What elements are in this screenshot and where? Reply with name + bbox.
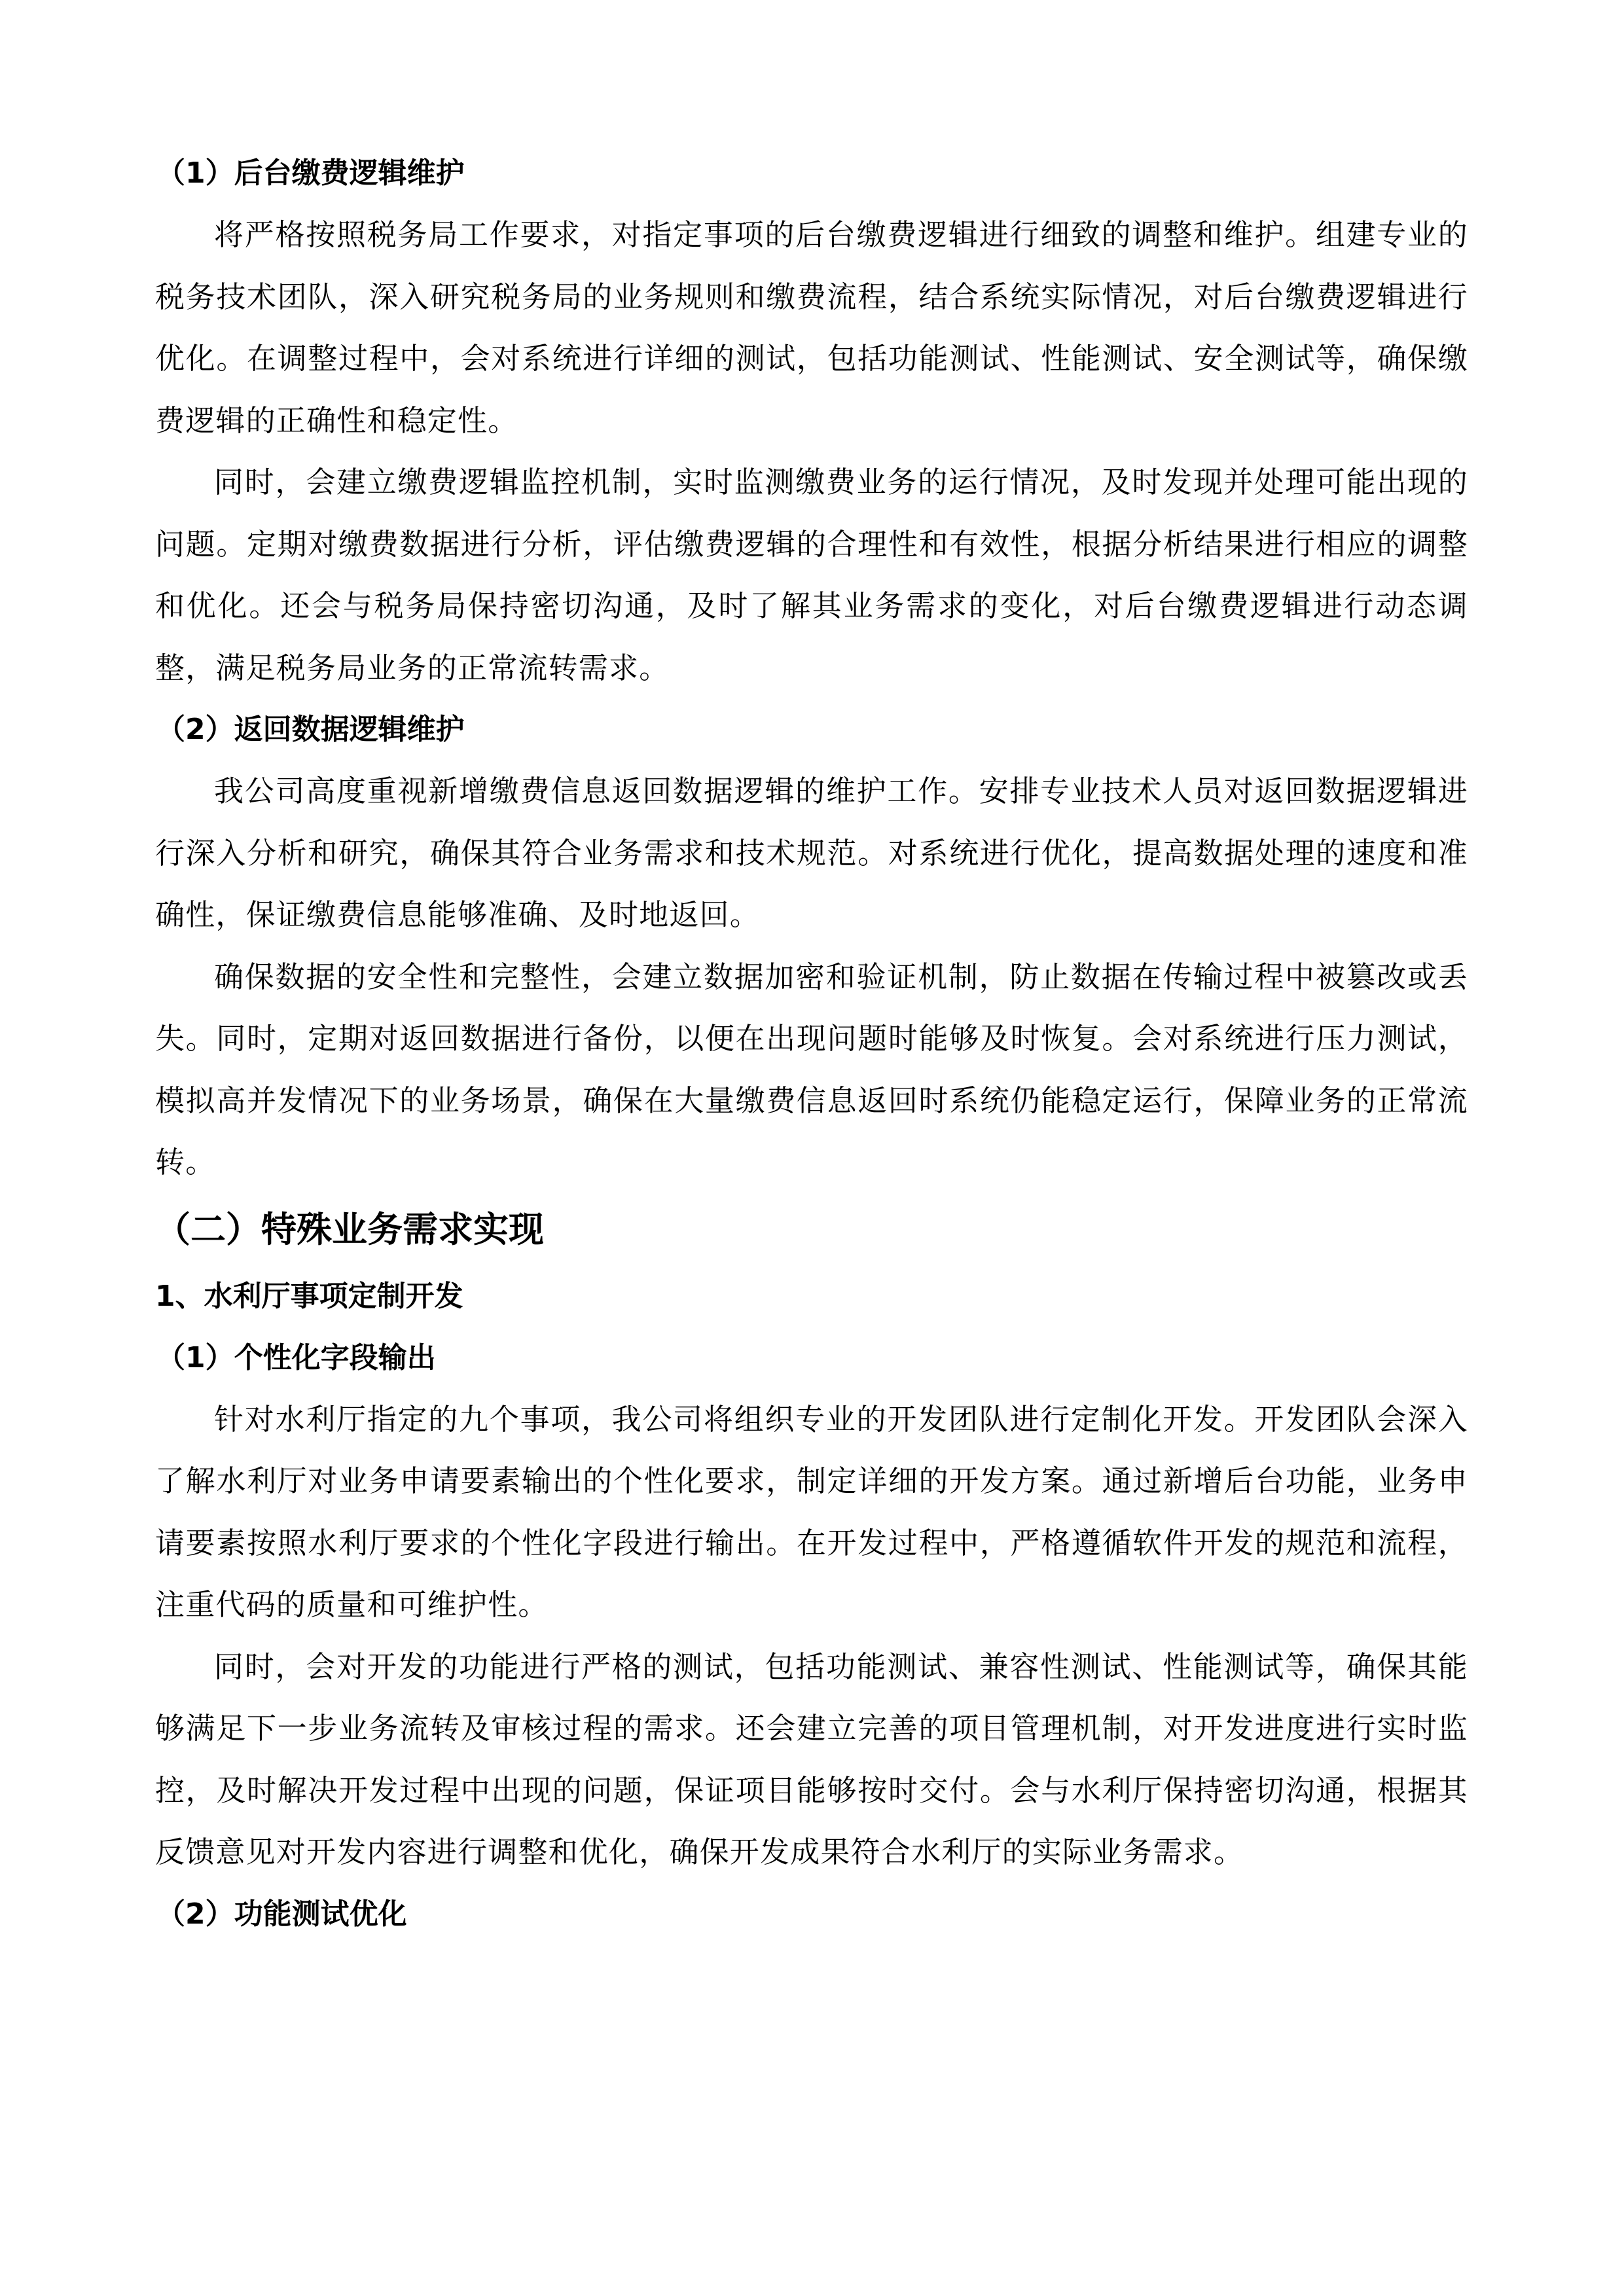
paragraph-personalized-fields-dev: 针对水利厅指定的九个事项，我公司将组织专业的开发团队进行定制化开发。开发团队会深… (155, 1389, 1468, 1636)
heading-special-business: （二）特殊业务需求实现 (155, 1194, 1468, 1266)
paragraph-backend-logic-monitoring: 同时，会建立缴费逻辑监控机制，实时监测缴费业务的运行情况，及时发现并处理可能出现… (155, 452, 1468, 699)
heading-backend-payment-logic: （1）后台缴费逻辑维护 (155, 143, 1468, 204)
paragraph-return-data-security: 确保数据的安全性和完整性，会建立数据加密和验证机制，防止数据在传输过程中被篡改或… (155, 946, 1468, 1194)
paragraph-backend-logic-adjustment: 将严格按照税务局工作要求，对指定事项的后台缴费逻辑进行细致的调整和维护。组建专业… (155, 204, 1468, 452)
paragraph-personalized-fields-testing: 同时，会对开发的功能进行严格的测试，包括功能测试、兼容性测试、性能测试等，确保其… (155, 1636, 1468, 1884)
document-page: （1）后台缴费逻辑维护 将严格按照税务局工作要求，对指定事项的后台缴费逻辑进行细… (155, 143, 1468, 1945)
heading-function-test-optimization: （2）功能测试优化 (155, 1884, 1468, 1945)
heading-personalized-fields: （1）个性化字段输出 (155, 1327, 1468, 1389)
heading-return-data-logic: （2）返回数据逻辑维护 (155, 699, 1468, 761)
paragraph-return-data-maintenance: 我公司高度重视新增缴费信息返回数据逻辑的维护工作。安排专业技术人员对返回数据逻辑… (155, 761, 1468, 946)
heading-water-dept-custom: 1、水利厅事项定制开发 (155, 1266, 1468, 1327)
